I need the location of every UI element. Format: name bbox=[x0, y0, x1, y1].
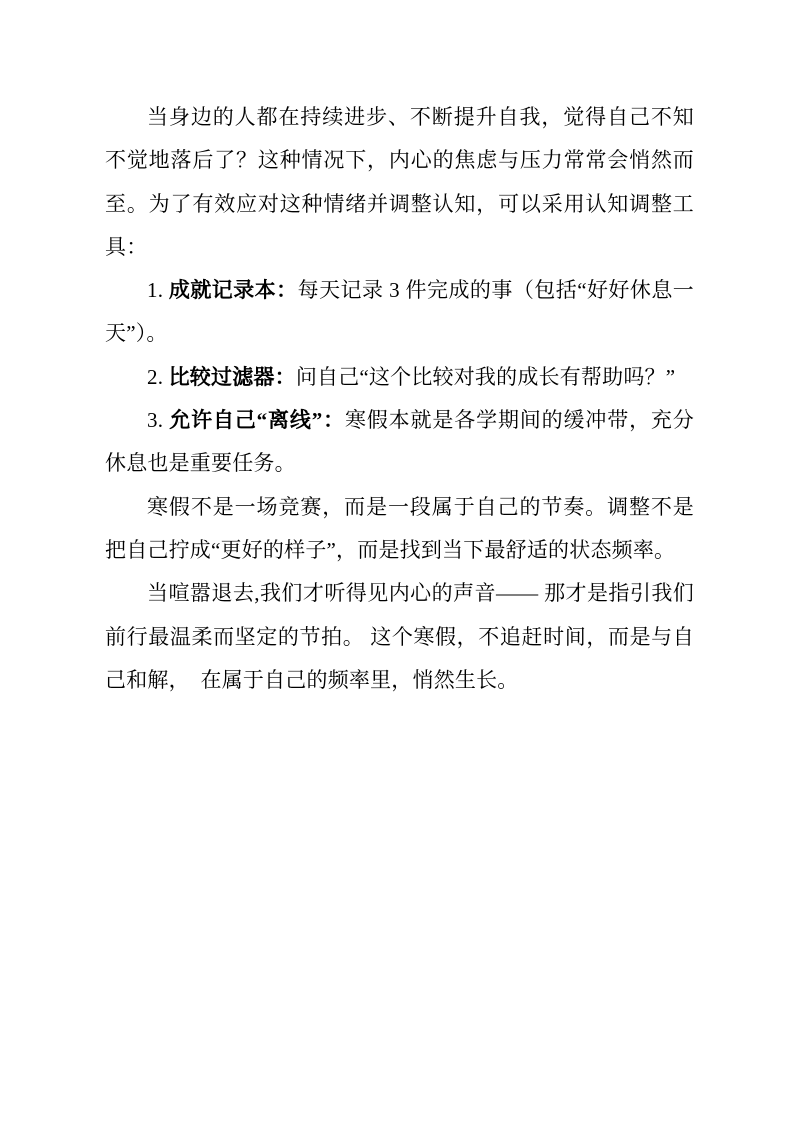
document-body: 当身边的人都在持续进步、不断提升自我，觉得自己不知不觉地落后了？这种情况下，内心… bbox=[105, 96, 694, 702]
paragraph-rhythm: 寒假不是一场竞赛，而是一段属于自己的节奏。调整不是把自己拧成“更好的样子”，而是… bbox=[105, 486, 694, 573]
paragraph-closing: 当喧嚣退去,我们才听得见内心的声音—— 那才是指引我们前行最温柔而坚定的节拍。 … bbox=[105, 572, 694, 702]
list-item-2-label: 比较过滤器： bbox=[169, 365, 296, 389]
document-page: 当身边的人都在持续进步、不断提升自我，觉得自己不知不觉地落后了？这种情况下，内心… bbox=[0, 0, 793, 1122]
list-item-3-label: 允许自己“离线”： bbox=[169, 408, 345, 432]
list-item-3: 3. 允许自己“离线”：寒假本就是各学期间的缓冲带，充分休息也是重要任务。 bbox=[105, 399, 694, 486]
list-item-1-label: 成就记录本： bbox=[169, 278, 298, 302]
paragraph-intro: 当身边的人都在持续进步、不断提升自我，觉得自己不知不觉地落后了？这种情况下，内心… bbox=[105, 96, 694, 269]
list-item-2-number: 2. bbox=[147, 365, 169, 389]
list-item-2: 2. 比较过滤器：问自己“这个比较对我的成长有帮助吗？” bbox=[105, 356, 694, 399]
list-item-2-text: 问自己“这个比较对我的成长有帮助吗？” bbox=[296, 365, 675, 389]
list-item-1-number: 1. bbox=[147, 278, 169, 302]
list-item-3-number: 3. bbox=[147, 408, 169, 432]
list-item-1: 1. 成就记录本：每天记录 3 件完成的事（包括“好好休息一天”）。 bbox=[105, 269, 694, 356]
